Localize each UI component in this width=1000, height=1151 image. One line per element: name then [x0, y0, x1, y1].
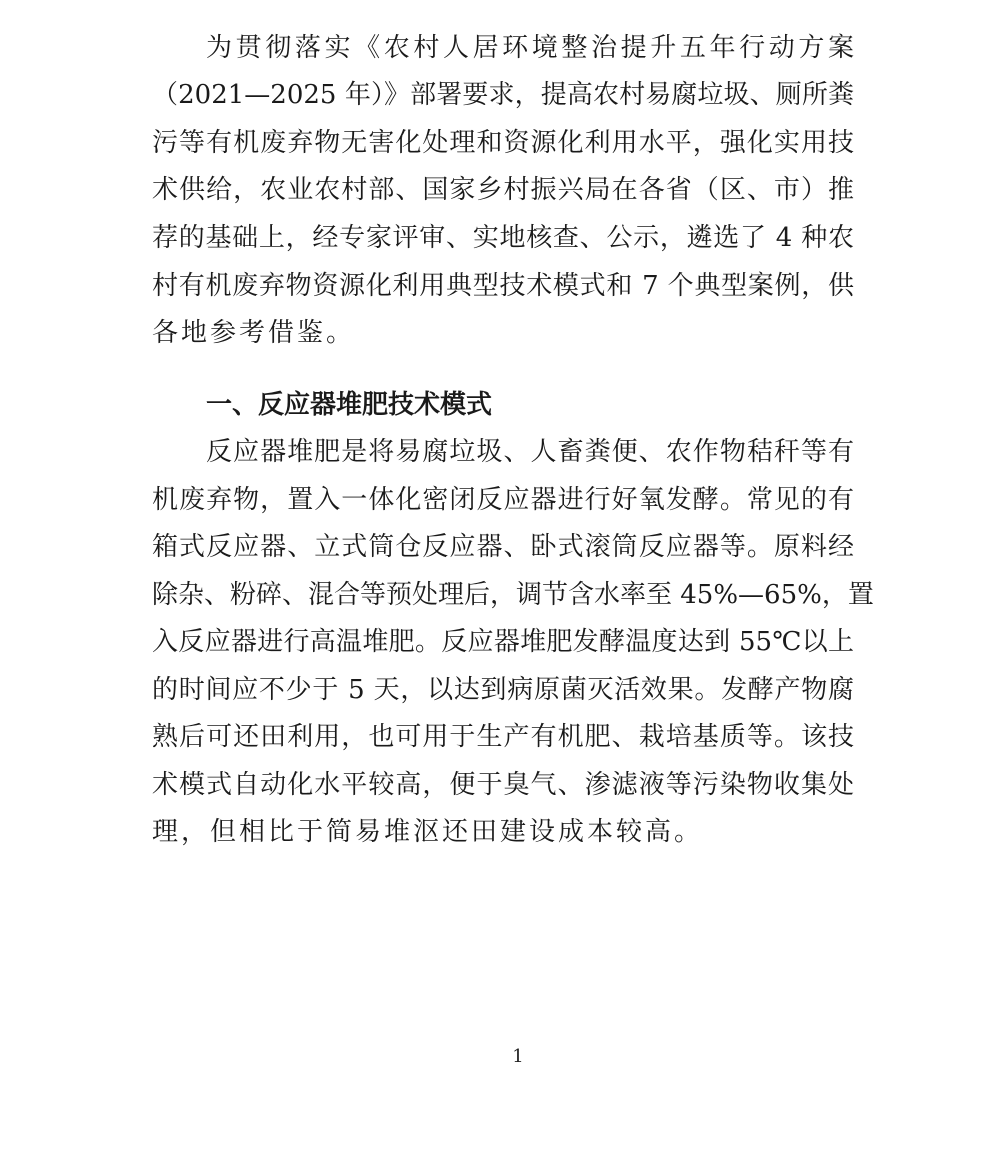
paragraph-line: 各地参考借鉴。: [152, 313, 854, 353]
section-heading: 一、反应器堆肥技术模式: [206, 385, 492, 425]
paragraph-line: 除杂、粉碎、混合等预处理后，调节含水率至 45%—65%，置: [152, 575, 854, 615]
paragraph-line: 熟后可还田利用，也可用于生产有机肥、栽培基质等。该技: [152, 717, 854, 757]
page-number: 1: [500, 1045, 536, 1069]
paragraph-line: 村有机废弃物资源化利用典型技术模式和 7 个典型案例，供: [152, 266, 854, 306]
paragraph-line: 箱式反应器、立式筒仓反应器、卧式滚筒反应器等。原料经: [152, 527, 854, 567]
paragraph-line: 反应器堆肥是将易腐垃圾、人畜粪便、农作物秸秆等有: [206, 432, 854, 472]
paragraph-line: 机废弃物，置入一体化密闭反应器进行好氧发酵。常见的有: [152, 480, 854, 520]
paragraph-line: （2021—2025 年）》部署要求，提高农村易腐垃圾、厕所粪: [152, 75, 854, 115]
paragraph-line: 的时间应不少于 5 天，以达到病原菌灭活效果。发酵产物腐: [152, 670, 854, 710]
paragraph-line: 术模式自动化水平较高，便于臭气、渗滤液等污染物收集处: [152, 765, 854, 805]
paragraph-line: 理，但相比于简易堆沤还田建设成本较高。: [152, 812, 854, 852]
paragraph-line: 入反应器进行高温堆肥。反应器堆肥发酵温度达到 55℃以上: [152, 622, 854, 662]
paragraph-line: 为贯彻落实《农村人居环境整治提升五年行动方案: [206, 28, 854, 68]
paragraph-line: 污等有机废弃物无害化处理和资源化利用水平，强化实用技: [152, 123, 854, 163]
paragraph-line: 荐的基础上，经专家评审、实地核查、公示，遴选了 4 种农: [152, 218, 854, 258]
paragraph-line: 术供给，农业农村部、国家乡村振兴局在各省（区、市）推: [152, 170, 854, 210]
document-page: 为贯彻落实《农村人居环境整治提升五年行动方案 （2021—2025 年）》部署要…: [0, 0, 1000, 1151]
